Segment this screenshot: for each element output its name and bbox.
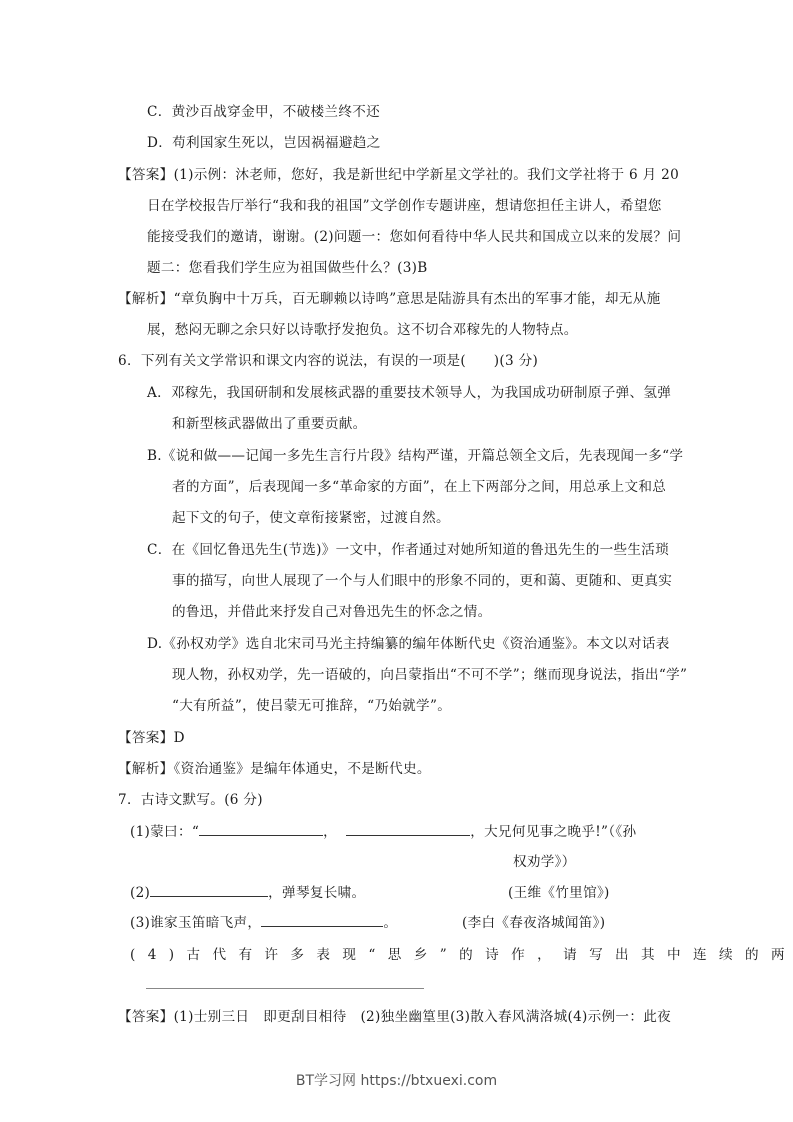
q7-item-3: (3)谁家玉笛暗飞声，。 xyxy=(130,914,397,932)
item-suffix: ，弹琴复长啸。 xyxy=(268,885,365,901)
item-suffix: 。 xyxy=(383,915,397,931)
item-prefix: (1)蒙曰：“ xyxy=(130,824,199,840)
answer-block: 【答案】(1)示例：沐老师，您好，我是新世纪中学新星文学社的。我们文学社将于 6… xyxy=(118,166,679,184)
q6-option-a: A．邓稼先，我国研制和发展核武器的重要技术领导人，为我国成功研制原子弹、氢弹 xyxy=(147,384,671,402)
fill-blank[interactable] xyxy=(346,823,470,836)
analysis-block: 【解析】“章负胸中十万兵，百无聊赖以诗鸣”意思是陆游具有杰出的军事才能，却无从施 xyxy=(118,290,660,308)
analysis-line: 展，愁闷无聊之余只好以诗歌抒发抱负。这不切合邓稼先的人物特点。 xyxy=(147,321,578,339)
q6-option-b-cont: 起下文的句子，使文章衔接紧密，过渡自然。 xyxy=(172,509,450,527)
answer-text: (1)士别三日 即更刮目相待 (2)独坐幽篁里(3)散入春风满洛城(4)示例一：… xyxy=(174,1009,671,1025)
item-prefix: (3)谁家玉笛暗飞声， xyxy=(130,915,261,931)
answer-line: 能接受我们的邀请，谢谢。(2)问题一：您如何看待中华人民共和国成立以来的发展？问 xyxy=(147,228,681,246)
fill-blank[interactable] xyxy=(199,823,323,836)
q6-option-c-cont: 事的描写，向世人展现了一个与人们眼中的形象不同的，更和蔼、更随和、更真实 xyxy=(172,572,672,590)
q6-option-d-cont: 现人物，孙权劝学，先一语破的，向吕蒙指出“不可不学”；继而现身说法，指出“学” xyxy=(172,666,687,684)
q6-option-a-cont: 和新型核武器做出了重要贡献。 xyxy=(172,415,367,433)
question-7-stem: 7．古诗文默写。(6 分) xyxy=(118,791,263,809)
item-sep: ， xyxy=(323,824,337,840)
q6-answer: 【答案】D xyxy=(118,729,185,747)
item-suffix: ，大兄何见事之晚乎!”（《孙 xyxy=(470,824,636,840)
fill-blank[interactable] xyxy=(261,914,383,927)
q6-analysis: 【解析】《资治通鉴》是编年体通史，不是断代史。 xyxy=(118,760,431,778)
fill-blank-line[interactable] xyxy=(146,988,424,989)
q6-option-d-cont: “大有所益”，使吕蒙无可推辞，“乃始就学”。 xyxy=(172,697,451,715)
question-6-stem: 6．下列有关文学常识和课文内容的说法，有误的一项是( )(3 分) xyxy=(118,352,538,370)
q6-option-b: B.《说和做——记闻一多先生言行片段》结构严谨，开篇总领全文后，先表现闻一多“学 xyxy=(147,447,683,465)
answer-line: 日在学校报告厅举行“我和我的祖国”文学创作专题讲座，想请您担任主讲人，希望您 xyxy=(147,197,662,215)
answer-label: 【答案】 xyxy=(118,1009,174,1025)
option-d: D．苟利国家生死以，岂因祸福避趋之 xyxy=(147,134,381,152)
q7-item-1-source: 权劝学》） xyxy=(513,853,576,871)
option-c: C．黄沙百战穿金甲，不破楼兰终不还 xyxy=(147,103,380,121)
q7-item-2-source: (王维《竹里馆》) xyxy=(508,884,610,902)
q7-answer: 【答案】(1)士别三日 即更刮目相待 (2)独坐幽篁里(3)散入春风满洛城(4)… xyxy=(118,1008,671,1026)
answer-label: 【答案】 xyxy=(118,167,174,183)
q7-item-2: (2)，弹琴复长啸。 xyxy=(130,884,365,902)
q7-item-3-source: (李白《春夜洛城闻笛》) xyxy=(462,914,605,932)
q6-option-d: D.《孙权劝学》选自北宋司马光主持编纂的编年体断代史《资治通鉴》。本文以对话表 xyxy=(147,635,670,653)
analysis-line: “章负胸中十万兵，百无聊赖以诗鸣”意思是陆游具有杰出的军事才能，却无从施 xyxy=(174,291,661,307)
analysis-label: 【解析】 xyxy=(118,761,174,777)
answer-line: 题二：您看我们学生应为祖国做些什么？(3)B xyxy=(147,259,428,277)
q7-item-1: (1)蒙曰：“， ，大兄何见事之晚乎!”（《孙 xyxy=(130,823,636,841)
fill-blank[interactable] xyxy=(150,884,268,897)
answer-value: D xyxy=(174,730,185,746)
analysis-label: 【解析】 xyxy=(118,291,174,307)
q6-option-c-cont: 的鲁迅，并借此来抒发自己对鲁迅先生的怀念之情。 xyxy=(172,603,492,621)
q7-item-4: (4)古代有许多表现“思乡”的诗作，请写出其中连续的两句： xyxy=(130,946,793,964)
analysis-text: 《资治通鉴》是编年体通史，不是断代史。 xyxy=(174,761,431,777)
answer-line: (1)示例：沐老师，您好，我是新世纪中学新星文学社的。我们文学社将于 6 月 2… xyxy=(174,167,679,183)
answer-label: 【答案】 xyxy=(118,730,174,746)
footer-watermark: BT学习网 https://btxuexi.com xyxy=(0,1070,793,1090)
q6-option-c: C．在《回忆鲁迅先生(节选)》一文中，作者通过对她所知道的鲁迅先生的一些生活琐 xyxy=(147,541,669,559)
item-prefix: (2) xyxy=(130,885,150,901)
q6-option-b-cont: 者的方面”，后表现闻一多“革命家的方面”，在上下两部分之间，用总承上文和总 xyxy=(172,478,666,496)
